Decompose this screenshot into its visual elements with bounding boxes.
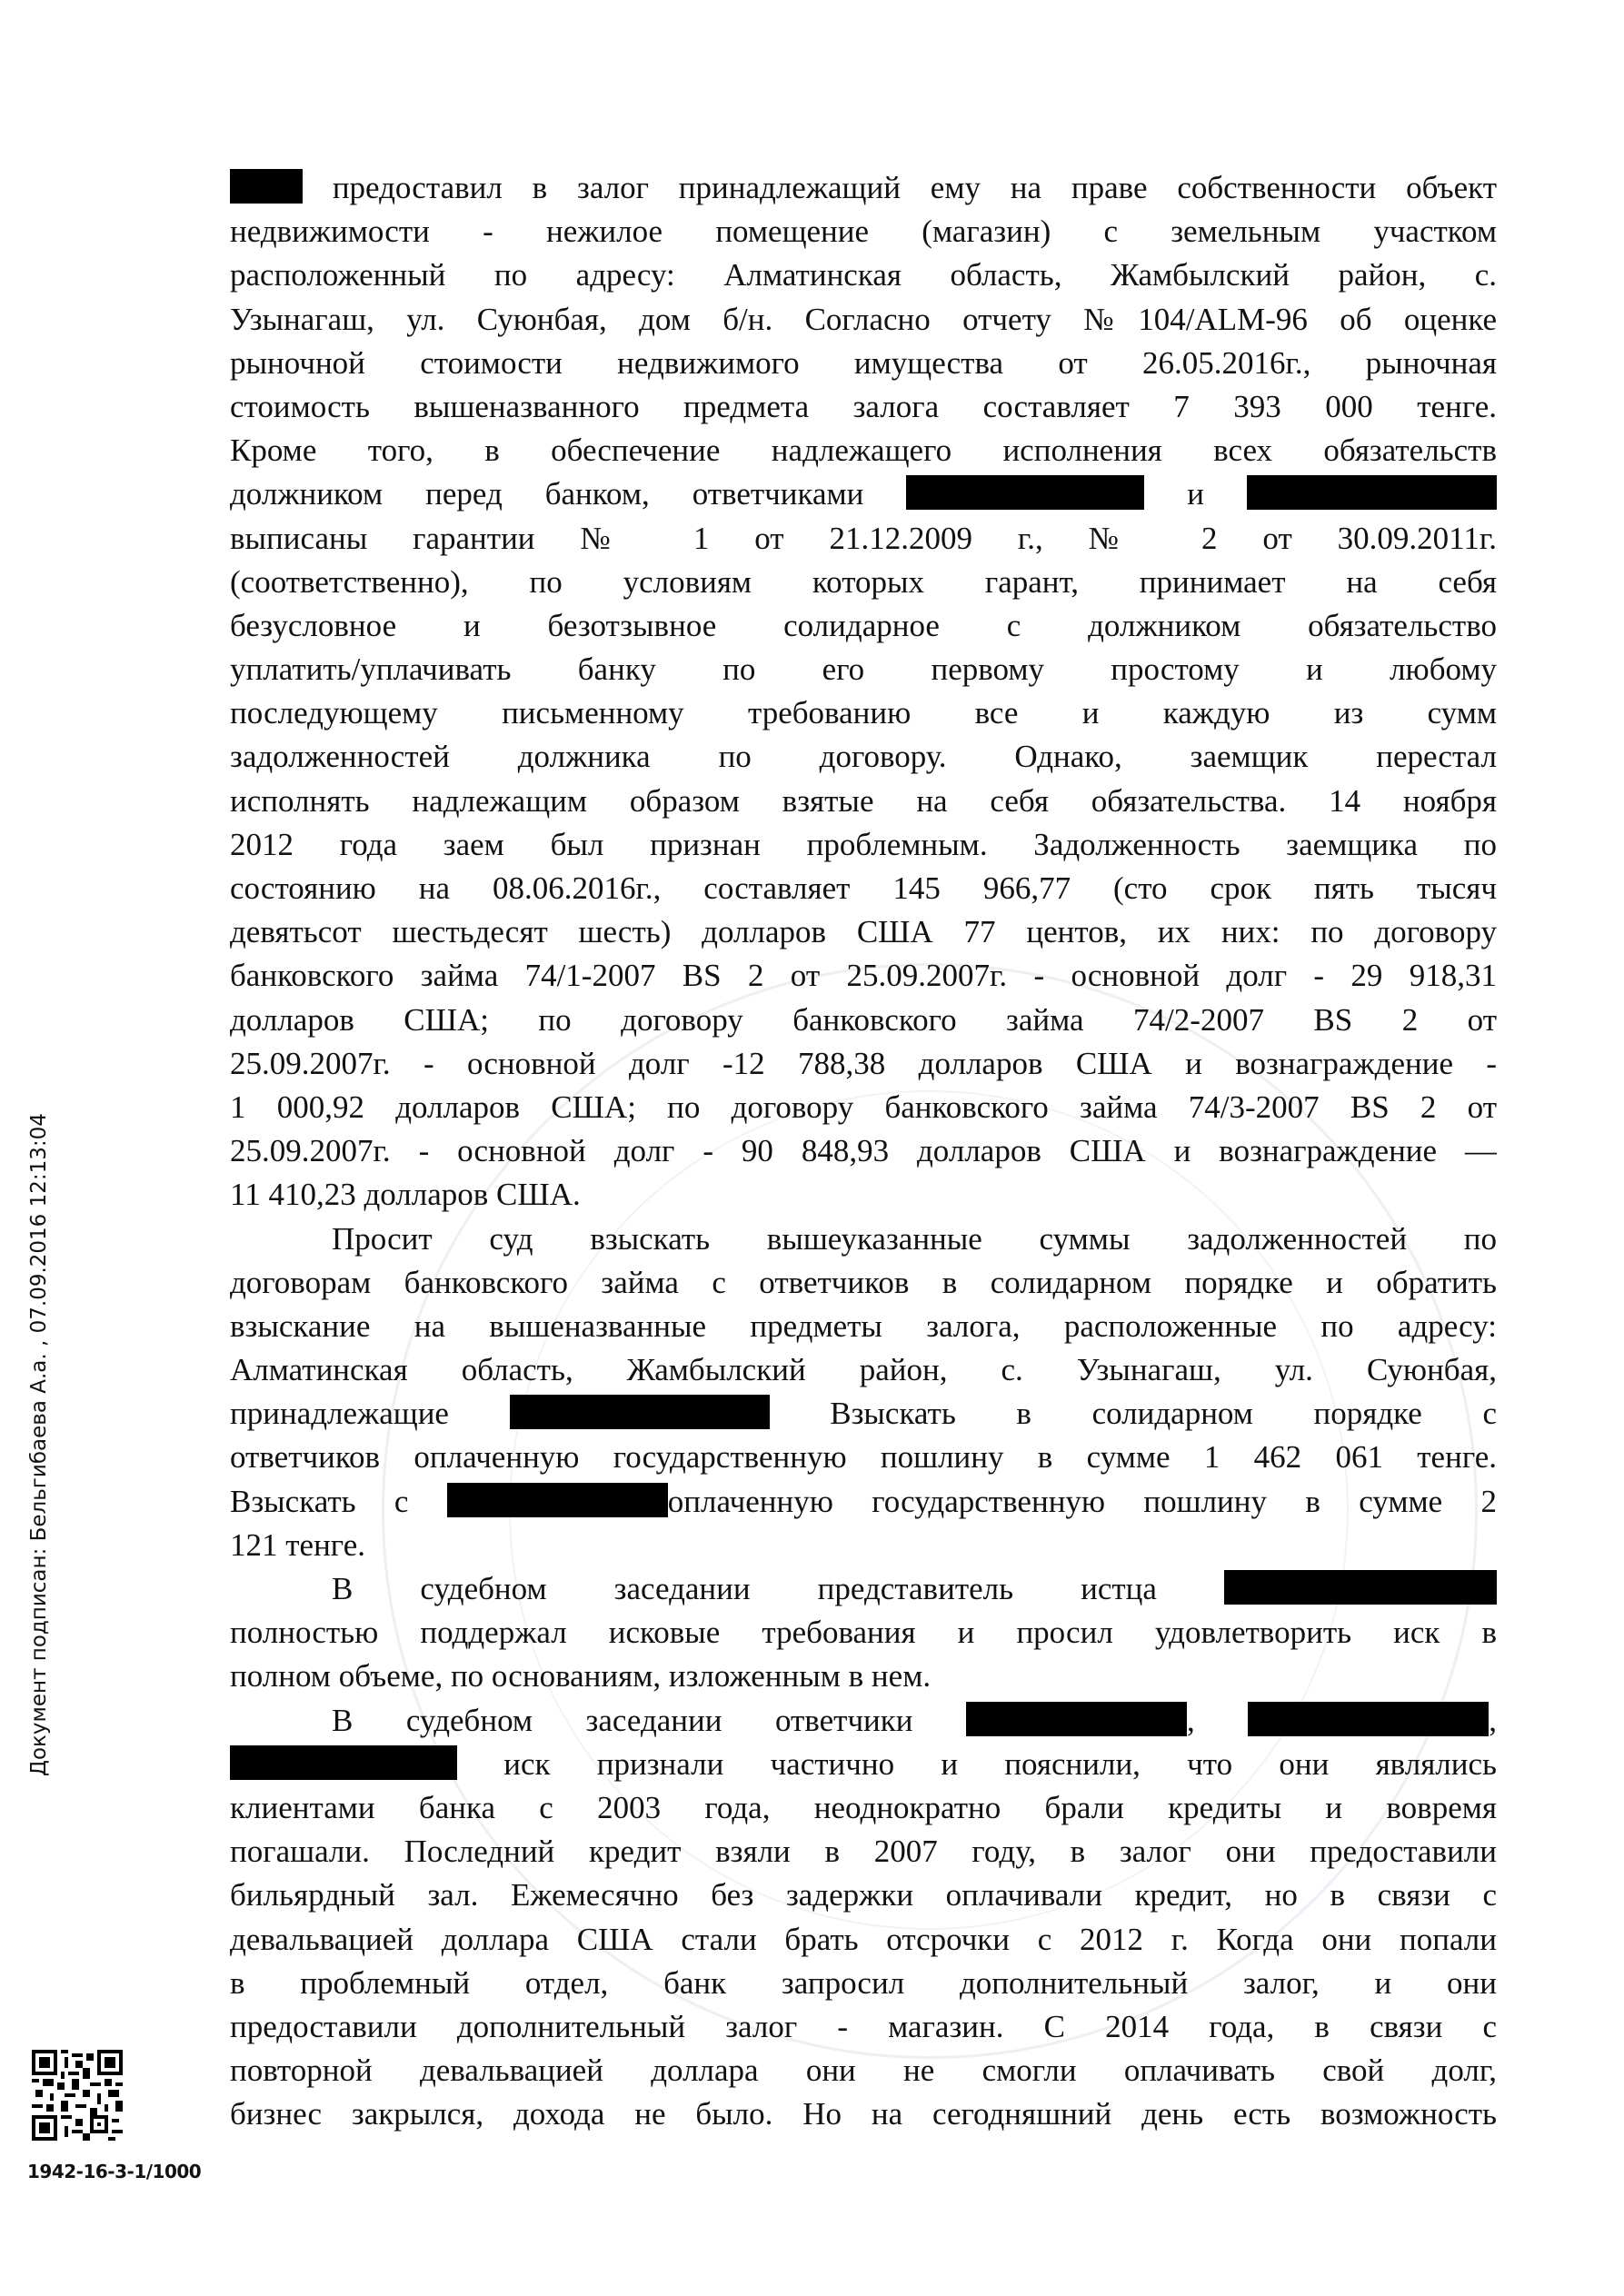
text-segment: расположенный по адресу: Алматинская обл… xyxy=(230,257,1497,293)
text-line: 121 тенге. xyxy=(230,1524,1497,1567)
redacted-name xyxy=(510,1395,770,1429)
text-line: расположенный по адресу: Алматинская обл… xyxy=(230,253,1497,297)
redacted-name xyxy=(447,1483,668,1517)
text-segment: 25.09.2007г. - основной долг - 90 848,93… xyxy=(230,1133,1497,1168)
text-line: уплатить/уплачивать банку по его первому… xyxy=(230,648,1497,691)
text-line: 25.09.2007г. - основной долг - 90 848,93… xyxy=(230,1129,1497,1173)
text-line: 25.09.2007г. - основной долг -12 788,38 … xyxy=(230,1042,1497,1086)
text-line: в проблемный отдел, банк запросил дополн… xyxy=(230,1962,1497,2005)
text-segment: , xyxy=(1489,1703,1497,1738)
text-segment: Просит суд взыскать вышеуказанные суммы … xyxy=(332,1221,1497,1257)
text-segment: (соответственно), по условиям которых га… xyxy=(230,564,1497,600)
text-segment: рыночной стоимости недвижимого имущества… xyxy=(230,345,1497,381)
text-line: ответчиков оплаченную государственную по… xyxy=(230,1436,1497,1479)
text-line: полном объеме, по основаниям, изложенным… xyxy=(230,1655,1497,1698)
digital-signature-label: Документ подписан: Бельгибаева А.а. , 07… xyxy=(27,1113,51,1776)
text-segment: должником перед банком, ответчиками xyxy=(230,476,906,512)
text-line: погашали. Последний кредит взяли в 2007 … xyxy=(230,1830,1497,1874)
redacted-name xyxy=(1247,475,1497,510)
text-line: Просит суд взыскать вышеуказанные суммы … xyxy=(230,1218,1497,1261)
text-segment: задолженностей должника по договору. Одн… xyxy=(230,739,1497,774)
text-line: предоставил в залог принадлежащий ему на… xyxy=(230,166,1497,210)
text-segment: 1 000,92 долларов США; по договору банко… xyxy=(230,1089,1497,1125)
text-line: 11 410,23 долларов США. xyxy=(230,1173,1497,1217)
text-segment: предоставили дополнительный залог - мага… xyxy=(230,2009,1497,2044)
redacted-name xyxy=(1248,1702,1489,1736)
text-segment: в проблемный отдел, банк запросил дополн… xyxy=(230,1965,1497,2001)
text-line: 2012 года заем был признан проблемным. З… xyxy=(230,823,1497,867)
text-line: (соответственно), по условиям которых га… xyxy=(230,561,1497,604)
text-segment: погашали. Последний кредит взяли в 2007 … xyxy=(230,1834,1497,1869)
text-line: рыночной стоимости недвижимого имущества… xyxy=(230,342,1497,385)
text-segment: В судебном заседании представитель истца xyxy=(332,1571,1224,1606)
text-segment: Взыскать в солидарном порядке с xyxy=(770,1396,1497,1431)
text-line: долларов США; по договору банковского за… xyxy=(230,999,1497,1042)
text-line: исполнять надлежащим образом взятые на с… xyxy=(230,780,1497,823)
text-segment: выписаны гарантии № 1 от 21.12.2009 г., … xyxy=(230,521,1497,556)
text-segment: , xyxy=(1187,1703,1248,1738)
text-line: банковского займа 74/1-2007 BS 2 от 25.0… xyxy=(230,954,1497,998)
text-segment: Кроме того, в обеспечение надлежащего ис… xyxy=(230,432,1497,468)
text-segment: Узынагаш, ул. Суюнбая, дом б/н. Согласно… xyxy=(230,302,1497,337)
text-segment: долларов США; по договору банковского за… xyxy=(230,1002,1497,1038)
text-segment: Взыскать с xyxy=(230,1484,447,1519)
text-line: последующему письменному требованию все … xyxy=(230,691,1497,735)
text-line: стоимость вышеназванного предмета залога… xyxy=(230,385,1497,429)
text-line: безусловное и безотзывное солидарное с д… xyxy=(230,604,1497,648)
text-line: Кроме того, в обеспечение надлежащего ис… xyxy=(230,429,1497,472)
text-line: Алматинская область, Жамбылский район, с… xyxy=(230,1348,1497,1392)
text-line: недвижимости - нежилое помещение (магази… xyxy=(230,210,1497,253)
text-line: должником перед банком, ответчиками и xyxy=(230,472,1497,516)
text-line: бизнес закрылся, дохода не было. Но на с… xyxy=(230,2092,1497,2136)
text-segment: оплаченную государственную пошлину в сум… xyxy=(668,1484,1497,1519)
text-segment: безусловное и безотзывное солидарное с д… xyxy=(230,608,1497,643)
text-line: В судебном заседании ответчики , , xyxy=(230,1699,1497,1743)
text-segment: 25.09.2007г. - основной долг -12 788,38 … xyxy=(230,1046,1497,1081)
text-segment: 11 410,23 долларов США. xyxy=(230,1177,581,1212)
document-body: предоставил в залог принадлежащий ему на… xyxy=(230,166,1497,2136)
text-segment: В судебном заседании ответчики xyxy=(332,1703,966,1738)
text-segment: ответчиков оплаченную государственную по… xyxy=(230,1439,1497,1475)
text-segment: Алматинская область, Жамбылский район, с… xyxy=(230,1352,1497,1387)
text-line: 1 000,92 долларов США; по договору банко… xyxy=(230,1086,1497,1129)
text-line: девятьсот шестьдесят шесть) долларов США… xyxy=(230,910,1497,954)
text-line: В судебном заседании представитель истца xyxy=(230,1567,1497,1611)
text-segment: бильярдный зал. Ежемесячно без задержки … xyxy=(230,1877,1497,1913)
document-code: 1942-16-3-1/1000 xyxy=(27,2161,201,2182)
text-line: иск признали частично и пояснили, что он… xyxy=(230,1743,1497,1786)
redacted-name xyxy=(966,1702,1187,1736)
redacted-name xyxy=(1224,1570,1497,1605)
text-segment: последующему письменному требованию все … xyxy=(230,695,1497,731)
text-segment: взыскание на вышеназванные предметы зало… xyxy=(230,1308,1497,1344)
text-line: Взыскать с оплаченную государственную по… xyxy=(230,1480,1497,1524)
text-line: выписаны гарантии № 1 от 21.12.2009 г., … xyxy=(230,517,1497,561)
text-segment: договорам банковского займа с ответчиков… xyxy=(230,1265,1497,1300)
text-line: Узынагаш, ул. Суюнбая, дом б/н. Согласно… xyxy=(230,298,1497,342)
text-segment: девальвацией доллара США стали брать отс… xyxy=(230,1922,1497,1957)
text-segment: клиентами банка с 2003 года, неоднократн… xyxy=(230,1790,1497,1825)
text-line: взыскание на вышеназванные предметы зало… xyxy=(230,1305,1497,1348)
text-segment: предоставил в залог принадлежащий ему на… xyxy=(303,170,1497,205)
text-segment: исполнять надлежащим образом взятые на с… xyxy=(230,783,1497,819)
text-line: договорам банковского займа с ответчиков… xyxy=(230,1261,1497,1305)
text-segment: повторной девальвацией доллара они не см… xyxy=(230,2052,1497,2088)
text-line: бильярдный зал. Ежемесячно без задержки … xyxy=(230,1874,1497,1917)
text-line: повторной девальвацией доллара они не см… xyxy=(230,2049,1497,2092)
text-segment: стоимость вышеназванного предмета залога… xyxy=(230,389,1497,424)
text-line: задолженностей должника по договору. Одн… xyxy=(230,735,1497,779)
text-segment: бизнес закрылся, дохода не было. Но на с… xyxy=(230,2096,1497,2132)
text-segment: полностью поддержал исковые требования и… xyxy=(230,1615,1497,1650)
text-line: девальвацией доллара США стали брать отс… xyxy=(230,1918,1497,1962)
text-line: предоставили дополнительный залог - мага… xyxy=(230,2005,1497,2049)
text-segment: уплатить/уплачивать банку по его первому… xyxy=(230,651,1497,687)
text-line: полностью поддержал исковые требования и… xyxy=(230,1611,1497,1655)
redacted-name xyxy=(906,475,1144,510)
qr-code-icon xyxy=(32,2050,123,2141)
text-segment: девятьсот шестьдесят шесть) долларов США… xyxy=(230,914,1497,949)
text-segment: полном объеме, по основаниям, изложенным… xyxy=(230,1658,931,1694)
redacted-name xyxy=(230,1745,457,1780)
text-segment: недвижимости - нежилое помещение (магази… xyxy=(230,214,1497,249)
redacted-name xyxy=(230,169,303,204)
text-segment: 2012 года заем был признан проблемным. З… xyxy=(230,827,1497,862)
text-segment: банковского займа 74/1-2007 BS 2 от 25.0… xyxy=(230,958,1497,993)
text-segment: и xyxy=(1144,476,1247,512)
text-segment: 121 тенге. xyxy=(230,1527,365,1563)
text-segment: иск признали частично и пояснили, что он… xyxy=(457,1746,1497,1782)
text-line: принадлежащие Взыскать в солидарном поря… xyxy=(230,1392,1497,1436)
text-segment: состоянию на 08.06.2016г., составляет 14… xyxy=(230,870,1497,906)
text-segment: принадлежащие xyxy=(230,1396,510,1431)
text-line: состоянию на 08.06.2016г., составляет 14… xyxy=(230,867,1497,910)
text-line: клиентами банка с 2003 года, неоднократн… xyxy=(230,1786,1497,1830)
